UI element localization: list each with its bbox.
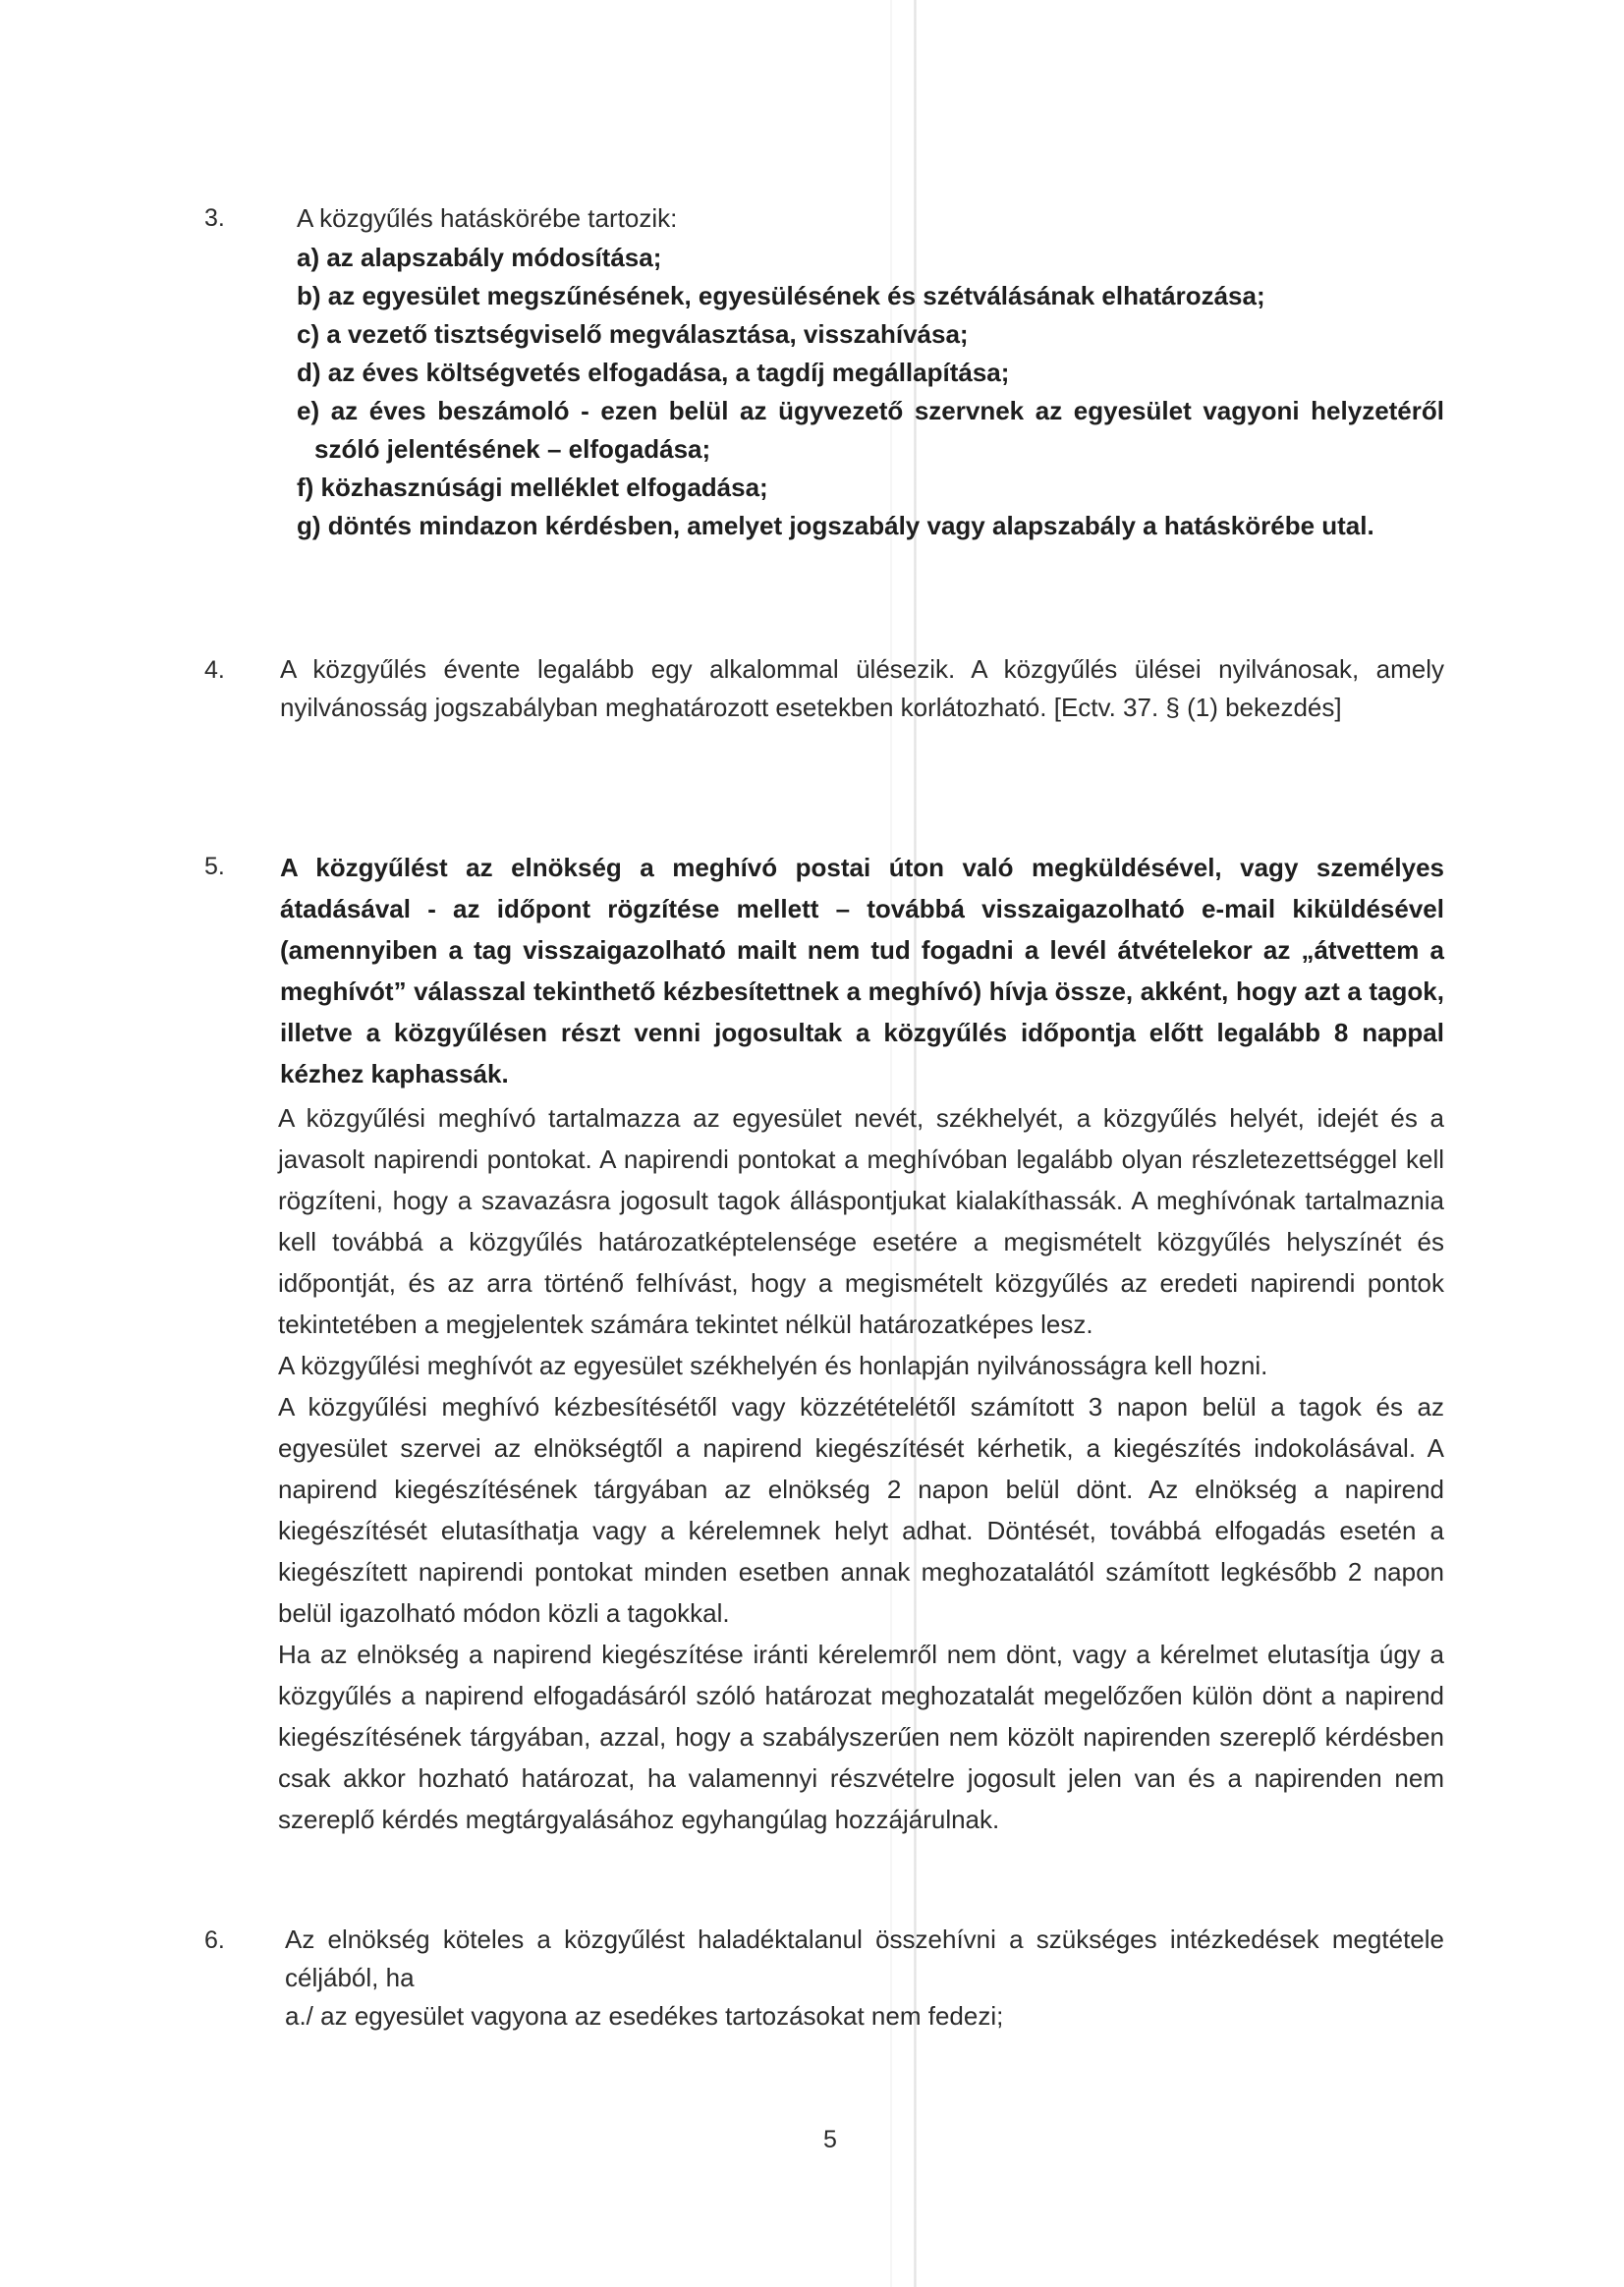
- page-number: 5: [823, 2126, 837, 2154]
- list-item: a./ az egyesület vagyona az esedékes tar…: [285, 1997, 1444, 2036]
- list-item: f) közhasznúsági melléklet elfogadása;: [297, 469, 1444, 507]
- paragraph: A közgyűlési meghívó kézbesítésétől vagy…: [278, 1386, 1444, 1634]
- list-item: g) döntés mindazon kérdésben, amelyet jo…: [297, 507, 1444, 545]
- section-number: 5.: [204, 853, 225, 881]
- list-item: e) az éves beszámoló - ezen belül az ügy…: [297, 392, 1444, 469]
- section-6-body: Az elnökség köteles a közgyűlést haladék…: [285, 1921, 1444, 2036]
- section-5-paragraphs: A közgyűlési meghívó tartalmazza az egye…: [278, 1097, 1444, 1840]
- section-number: 3.: [204, 204, 225, 233]
- paragraph: A közgyűlési meghívót az egyesület székh…: [278, 1345, 1444, 1386]
- list-item: b) az egyesület megszűnésének, egyesülés…: [297, 277, 1444, 315]
- section-4-text: A közgyűlés évente legalább egy alkalomm…: [280, 650, 1444, 727]
- list-item: d) az éves költségvetés elfogadása, a ta…: [297, 354, 1444, 392]
- section-number: 4.: [204, 656, 225, 685]
- section-3-intro: A közgyűlés hatáskörébe tartozik:: [297, 199, 1446, 238]
- paragraph: Ha az elnökség a napirend kiegészítése i…: [278, 1634, 1444, 1840]
- section-6-text: Az elnökség köteles a közgyűlést haladék…: [285, 1921, 1444, 1997]
- list-item: a) az alapszabály módosítása;: [297, 239, 1444, 277]
- list-item: c) a vezető tisztségviselő megválasztása…: [297, 315, 1444, 354]
- paragraph: A közgyűlési meghívó tartalmazza az egye…: [278, 1097, 1444, 1345]
- section-5-text: A közgyűlést az elnökség a meghívó posta…: [280, 847, 1444, 1094]
- section-3-list: a) az alapszabály módosítása; b) az egye…: [297, 239, 1444, 545]
- section-number: 6.: [204, 1926, 225, 1955]
